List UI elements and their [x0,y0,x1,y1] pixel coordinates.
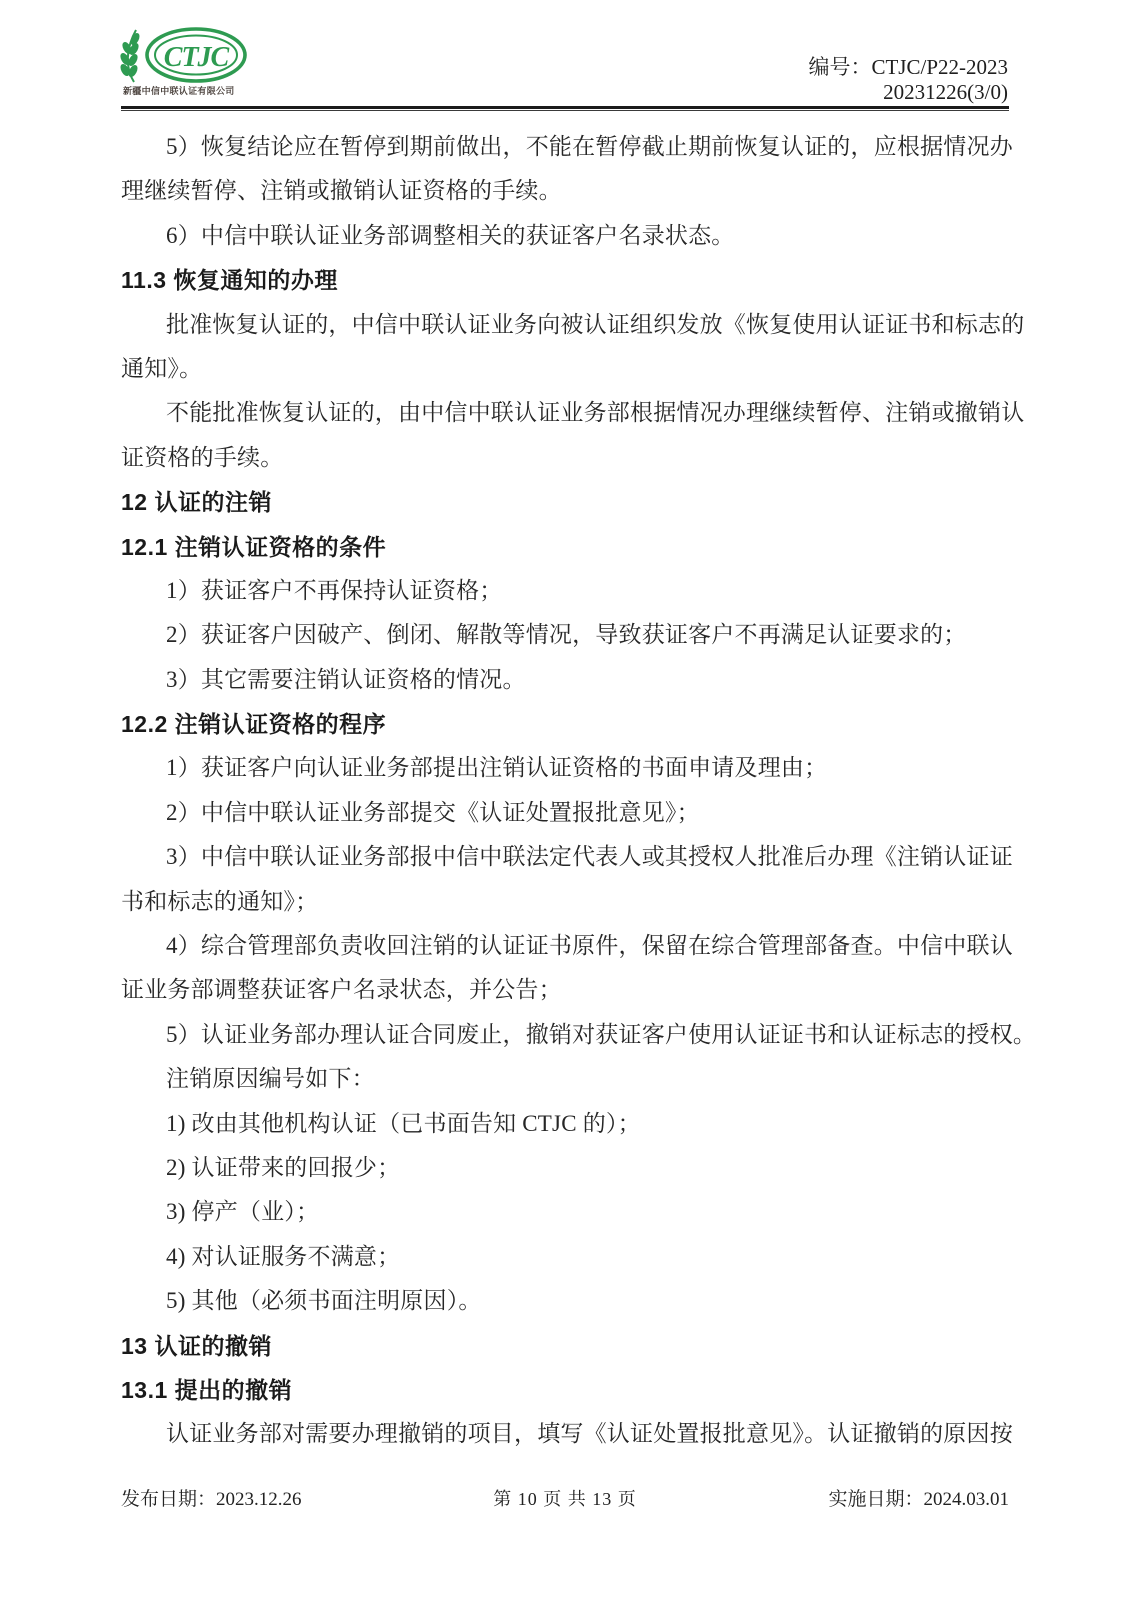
header-rule [121,106,1009,111]
document-line: 12.2 注销认证资格的程序 [121,702,1016,746]
document-line: 批准恢复认证的，中信中联认证业务向被认证组织发放《恢复使用认证证书和标志的 [121,303,1016,347]
document-line: 4）综合管理部负责收回注销的认证证书原件，保留在综合管理部备查。中信中联认 [121,924,1016,968]
document-line: 不能批准恢复认证的，由中信中联认证业务部根据情况办理继续暂停、注销或撤销认 [121,391,1016,435]
document-line: 3) 停产（业）； [121,1190,1016,1234]
document-line: 2）获证客户因破产、倒闭、解散等情况，导致获证客户不再满足认证要求的； [121,613,1016,657]
company-name: 新疆中信中联认证有限公司 [123,84,235,97]
wheat-icon [120,30,141,82]
document-line: 6）中信中联认证业务部调整相关的获证客户名录状态。 [121,214,1016,258]
header-rule-thick [121,106,1009,109]
document-line: 4) 对认证服务不满意； [121,1235,1016,1279]
implementation-date: 实施日期：2024.03.01 [828,1484,1009,1511]
document-line: 5）恢复结论应在暂停到期前做出，不能在暂停截止期前恢复认证的，应根据情况办 [121,125,1016,169]
doc-number-line1: 编号：CTJC/P22-2023 [808,55,1008,80]
document-line: 认证业务部对需要办理撤销的项目，填写《认证处置报批意见》。认证撤销的原因按 [121,1412,1016,1456]
document-line: 证资格的手续。 [121,436,1016,480]
document-body: 5）恢复结论应在暂停到期前做出，不能在暂停截止期前恢复认证的，应根据情况办理继续… [121,125,1016,1457]
document-line: 11.3 恢复通知的办理 [121,258,1016,302]
document-line: 5) 其他（必须书面注明原因）。 [121,1279,1016,1323]
header-logo: CTJC 新疆中信中联认证有限公司 [120,26,270,86]
document-line: 2）中信中联认证业务部提交《认证处置报批意见》； [121,791,1016,835]
document-line: 2) 认证带来的回报少； [121,1146,1016,1190]
document-line: 证业务部调整获证客户名录状态，并公告； [121,968,1016,1012]
header-rule-thin [121,110,1009,111]
document-line: 12.1 注销认证资格的条件 [121,525,1016,569]
document-line: 3）中信中联认证业务部报中信中联法定代表人或其授权人批准后办理《注销认证证 [121,835,1016,879]
page-indicator: 第 10 页 共 13 页 [302,1485,829,1511]
document-line: 13.1 提出的撤销 [121,1368,1016,1412]
doc-number-line2: 20231226(3/0) [808,80,1008,105]
document-line: 注销原因编号如下： [121,1057,1016,1101]
document-line: 12 认证的注销 [121,480,1016,524]
document-line: 理继续暂停、注销或撤销认证资格的手续。 [121,169,1016,213]
release-date: 发布日期：2023.12.26 [121,1484,302,1511]
document-page: CTJC 新疆中信中联认证有限公司 编号：CTJC/P22-2023 20231… [0,0,1131,1600]
doc-number: 编号：CTJC/P22-2023 20231226(3/0) [808,55,1008,105]
document-line: 5）认证业务部办理认证合同废止，撤销对获证客户使用认证证书和认证标志的授权。 [121,1013,1016,1057]
document-line: 13 认证的撤销 [121,1324,1016,1368]
document-line: 3）其它需要注销认证资格的情况。 [121,658,1016,702]
document-line: 1）获证客户不再保持认证资格； [121,569,1016,613]
document-line: 1）获证客户向认证业务部提出注销认证资格的书面申请及理由； [121,746,1016,790]
logo-text: CTJC [164,42,230,73]
document-line: 1) 改由其他机构认证（已书面告知 CTJC 的）； [121,1102,1016,1146]
page-footer: 发布日期：2023.12.26 第 10 页 共 13 页 实施日期：2024.… [121,1484,1009,1511]
document-line: 书和标志的通知》； [121,880,1016,924]
ctjc-logo-icon: CTJC [120,26,248,86]
document-line: 通知》。 [121,347,1016,391]
